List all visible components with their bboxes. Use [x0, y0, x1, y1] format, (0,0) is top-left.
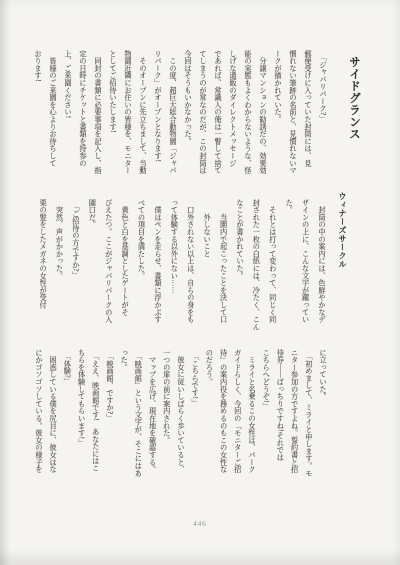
- text-column: 封筒の中の案内には、色鮮やかなデ: [314, 199, 330, 342]
- text-column: であれば、常識人の俺は一瞥して捨て: [210, 50, 225, 193]
- text-column: 待」の案内役を務めるのもこの女性な: [216, 349, 230, 492]
- text-band-2: 封筒の中の案内には、色鮮やかなデザインの上に、こんな文字が躍っていた。 それとは…: [22, 199, 330, 342]
- text-column: 口外されない以上は、自らの身をも: [182, 199, 198, 342]
- text-column: にかゴソゴソしている。彼女の様子を: [32, 349, 46, 492]
- text-column: のだろう。: [202, 349, 216, 492]
- text-column: てしまうのが常なのだが、この封筒は: [195, 50, 210, 193]
- text-column: 「ええ、映画館です! あなたにはこ: [89, 349, 103, 492]
- text-column: 「ご招待の方ですか?」: [68, 199, 84, 342]
- text-column: 同封の書類に必要事項を記入し、指: [90, 50, 105, 193]
- text-column: た。: [281, 199, 297, 342]
- text-column: 封された一枚の白紙には、冷たく、こん: [248, 199, 264, 342]
- page-title: サイドグランス: [346, 56, 362, 140]
- story-subtitle: ウィナーズサークル: [337, 192, 348, 269]
- text-column: 待券――ばっちりですね!それでは: [273, 349, 287, 492]
- text-column: 慣れない筆跡の名前と、見慣れないマ: [285, 50, 300, 193]
- text-column: この度、超巨大総合動物園「ジャパ: [165, 50, 180, 193]
- text-column: ガイドらしく、今回の「モニターご招: [231, 349, 245, 492]
- text-column: びえたつ。ここがジャパリパークの入: [100, 199, 116, 342]
- text-column: 「体験?」: [60, 349, 74, 492]
- text-column: ザインの上に、こんな文字が躍ってい: [297, 199, 313, 342]
- text-column: ミライと名乗るこの女性は、パーク: [245, 349, 259, 492]
- text-column: 「ジャパリパーク?」: [315, 50, 330, 193]
- text-column: ニター参加の方ですよね。誓約書と招: [287, 349, 301, 492]
- text-column: なことが書かれていた。: [232, 199, 248, 342]
- text-column: 今回はそうもいかなかった。: [180, 50, 195, 193]
- text-column: 郵便受けに入っていた封筒には、見: [300, 50, 315, 193]
- text-column: おります!: [30, 50, 45, 193]
- text-column: ークが描かれていた。: [270, 50, 285, 193]
- scanned-page: サイドグランス ウィナーズサークル 「ジャパリパーク?」郵便受けに入っていた封筒…: [0, 0, 400, 565]
- text-column: 黄色と白を基調としたゲートがそ: [117, 199, 133, 342]
- text-band-1: 「ジャパリパーク?」郵便受けに入っていた封筒には、見慣れない筆跡の名前と、見慣れ…: [22, 50, 330, 193]
- text-column: 「こちらです!」: [188, 349, 202, 492]
- text-column: そのオープンに先立ちまして、当動: [135, 50, 150, 193]
- text-column: それとは打って変わって、同じく同: [264, 199, 280, 342]
- text-column: 一つの扉の前に案内された。: [160, 349, 174, 492]
- text-column: に立っていた。: [316, 349, 330, 492]
- text-column: 「映画館、ですか?」: [103, 349, 117, 492]
- text-column: 突然、声がかかった。: [51, 199, 67, 342]
- text-column: 能の実態もよくわからないような、怪: [240, 50, 255, 193]
- text-column: しげな通販のダイレクトメッセージ: [225, 50, 240, 193]
- text-column: 皆様のご来園を心よりお待ちして: [45, 50, 60, 193]
- text-column: 上、ご来園ください!: [60, 50, 75, 193]
- text-column: こちらへどうぞ!」: [259, 349, 273, 492]
- text-band-3: に立っていた。 「初めまして、ミライと申します。モニター参加の方ですよね。誓約書…: [22, 349, 330, 492]
- text-column: 彼女に従いしばらく歩いていると、: [174, 349, 188, 492]
- text-column: 困惑している僕を尻目に、彼女はな: [46, 349, 60, 492]
- text-column: 「初めまして、ミライと申します。モ: [302, 349, 316, 492]
- text-column: 物園近隣にお住いの皆様を、モニター: [120, 50, 135, 193]
- text-column: としてご招待いたします!: [105, 50, 120, 193]
- text-column: 園口だ。: [84, 199, 100, 342]
- page-number: 446: [193, 520, 207, 528]
- text-column: 外しないこと: [199, 199, 215, 342]
- text-column: 栗の髪をしたメガネの女性が受付: [35, 199, 51, 342]
- text-column: 定の日時にチケットと書類を持参の: [75, 50, 90, 193]
- text-column: マップを広げ、現在地を確認する。: [145, 349, 159, 492]
- text-column: 「映画館」という文字が、そこにはあ: [131, 349, 145, 492]
- text-column: 僕はペンを走らせ、書類に浮かぶす: [150, 199, 166, 342]
- text-column: った。: [117, 349, 131, 492]
- text-column: 当園内で起こったことを決して口: [215, 199, 231, 342]
- text-column: ちらを体験してもらいます!」: [74, 349, 88, 492]
- text-column: リパーク」がオープンとなります!: [150, 50, 165, 193]
- text-column: って体験する以外にない……: [166, 199, 182, 342]
- text-column: べての項目を満たした。: [133, 199, 149, 342]
- text-column: 分譲マンションの勧誘だの、効果効: [255, 50, 270, 193]
